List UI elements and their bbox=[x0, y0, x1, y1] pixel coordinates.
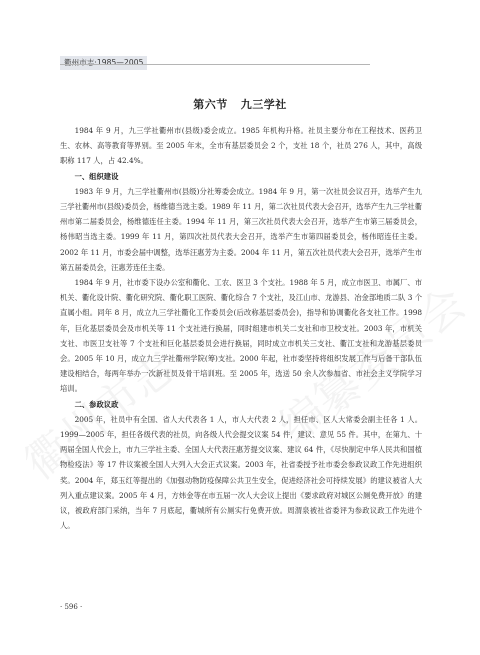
intro-paragraph: 1984 年 9 月，九三学社衢州市(县级)委会成立。1985 年机构升格。社员… bbox=[60, 123, 422, 169]
book-title-tag: 衢州市志·1985—2005 bbox=[60, 56, 147, 70]
page-number: · 596 · bbox=[60, 603, 82, 611]
running-header: 衢州市志·1985—2005 bbox=[60, 50, 370, 72]
body-text: 1984 年 9 月，九三学社衢州市(县级)委会成立。1985 年机构升格。社员… bbox=[60, 123, 422, 533]
subsection-heading-organization: 一、组织建设 bbox=[60, 169, 422, 184]
header-rule bbox=[60, 64, 370, 65]
subsection-heading-politics: 二、参政议政 bbox=[60, 397, 422, 412]
paragraph: 2005 年，社员中有全国、省人大代表各 1 人，市人大代表 2 人，担任市、区… bbox=[60, 412, 422, 534]
paragraph: 1984 年 9 月，社市委下设办公室和衢化、工农、医卫 3 个支社。1988 … bbox=[60, 275, 422, 397]
paragraph: 1983 年 9 月，九三学社衢州市(县级)分社筹委会成立。1984 年 9 月… bbox=[60, 184, 422, 275]
section-title: 第六节 九三学社 bbox=[0, 96, 480, 112]
